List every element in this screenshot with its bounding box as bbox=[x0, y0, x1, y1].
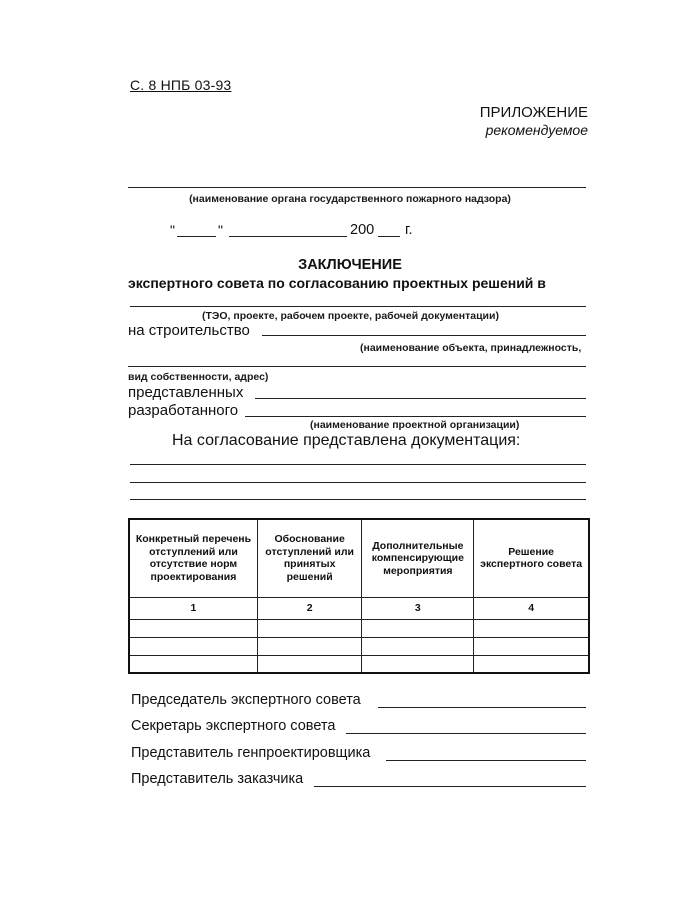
developed-field-line[interactable] bbox=[245, 416, 586, 417]
date-open-quote: " bbox=[170, 222, 175, 238]
table-header-row: Конкретный перечень отступлений или отсу… bbox=[129, 519, 589, 597]
annex-title: ПРИЛОЖЕНИЕ bbox=[480, 104, 588, 121]
column-number: 3 bbox=[362, 597, 474, 619]
table-cell[interactable] bbox=[362, 655, 474, 673]
table-cell[interactable] bbox=[257, 655, 362, 673]
month-field-line[interactable] bbox=[229, 236, 347, 237]
customer-rep-label: Представитель заказчика bbox=[131, 771, 303, 787]
year-suffix: г. bbox=[405, 222, 413, 238]
column-number: 1 bbox=[129, 597, 257, 619]
documentation-line-2[interactable] bbox=[130, 482, 586, 483]
table-cell[interactable] bbox=[474, 619, 589, 637]
authority-field-line[interactable] bbox=[128, 187, 586, 188]
table-row bbox=[129, 637, 589, 655]
object-caption-2: вид собственности, адрес) bbox=[128, 371, 268, 383]
column-header-decision: Решение экспертного совета bbox=[474, 519, 589, 597]
secretary-signature-line[interactable] bbox=[346, 733, 586, 734]
documentation-line-3[interactable] bbox=[130, 499, 586, 500]
secretary-label: Секретарь экспертного совета bbox=[131, 718, 335, 734]
table-row bbox=[129, 619, 589, 637]
object-caption-1: (наименование объекта, принадлежность, bbox=[360, 342, 581, 354]
construction-field-line[interactable] bbox=[262, 335, 586, 336]
column-number: 4 bbox=[474, 597, 589, 619]
table-cell[interactable] bbox=[257, 619, 362, 637]
chairman-label: Председатель экспертного совета bbox=[131, 692, 361, 708]
table-row bbox=[129, 655, 589, 673]
developed-label: разработанного bbox=[128, 402, 238, 419]
table-cell[interactable] bbox=[362, 619, 474, 637]
deviations-table: Конкретный перечень отступлений или отсу… bbox=[128, 518, 590, 674]
year-field-line[interactable] bbox=[378, 236, 400, 237]
page-reference: С. 8 НПБ 03-93 bbox=[130, 77, 231, 93]
org-caption: (наименование проектной организации) bbox=[310, 419, 519, 431]
doc-type-caption: (ТЭО, проекте, рабочем проекте, рабочей … bbox=[202, 310, 499, 322]
doc-type-field-line[interactable] bbox=[130, 306, 586, 307]
annex-status: рекомендуемое bbox=[486, 122, 588, 138]
column-number-row: 1 2 3 4 bbox=[129, 597, 589, 619]
column-header-deviations: Конкретный перечень отступлений или отсу… bbox=[129, 519, 257, 597]
document-subtitle: экспертного совета по согласованию проек… bbox=[128, 275, 546, 291]
table-cell[interactable] bbox=[129, 637, 257, 655]
presented-field-line[interactable] bbox=[255, 398, 586, 399]
construction-label: на строительство bbox=[128, 322, 250, 339]
year-prefix: 200 bbox=[350, 222, 374, 238]
table-cell[interactable] bbox=[257, 637, 362, 655]
documentation-label: На согласование представлена документаци… bbox=[172, 432, 520, 450]
document-title: ЗАКЛЮЧЕНИЕ bbox=[0, 257, 700, 273]
object-field-line[interactable] bbox=[128, 366, 586, 367]
column-number: 2 bbox=[257, 597, 362, 619]
documentation-line-1[interactable] bbox=[130, 464, 586, 465]
designer-rep-label: Представитель генпроектировщика bbox=[131, 745, 370, 761]
presented-label: представленных bbox=[128, 384, 243, 401]
table-cell[interactable] bbox=[474, 655, 589, 673]
column-header-justification: Обоснование отступлений или принятых реш… bbox=[257, 519, 362, 597]
table-cell[interactable] bbox=[129, 655, 257, 673]
column-header-measures: Дополнительные компенсирующие мероприяти… bbox=[362, 519, 474, 597]
day-field-line[interactable] bbox=[177, 236, 216, 237]
designer-rep-signature-line[interactable] bbox=[386, 760, 586, 761]
chairman-signature-line[interactable] bbox=[378, 707, 586, 708]
authority-caption: (наименование органа государственного по… bbox=[0, 193, 700, 205]
table-cell[interactable] bbox=[474, 637, 589, 655]
date-close-quote: " bbox=[218, 222, 223, 238]
customer-rep-signature-line[interactable] bbox=[314, 786, 586, 787]
table-cell[interactable] bbox=[362, 637, 474, 655]
table-cell[interactable] bbox=[129, 619, 257, 637]
